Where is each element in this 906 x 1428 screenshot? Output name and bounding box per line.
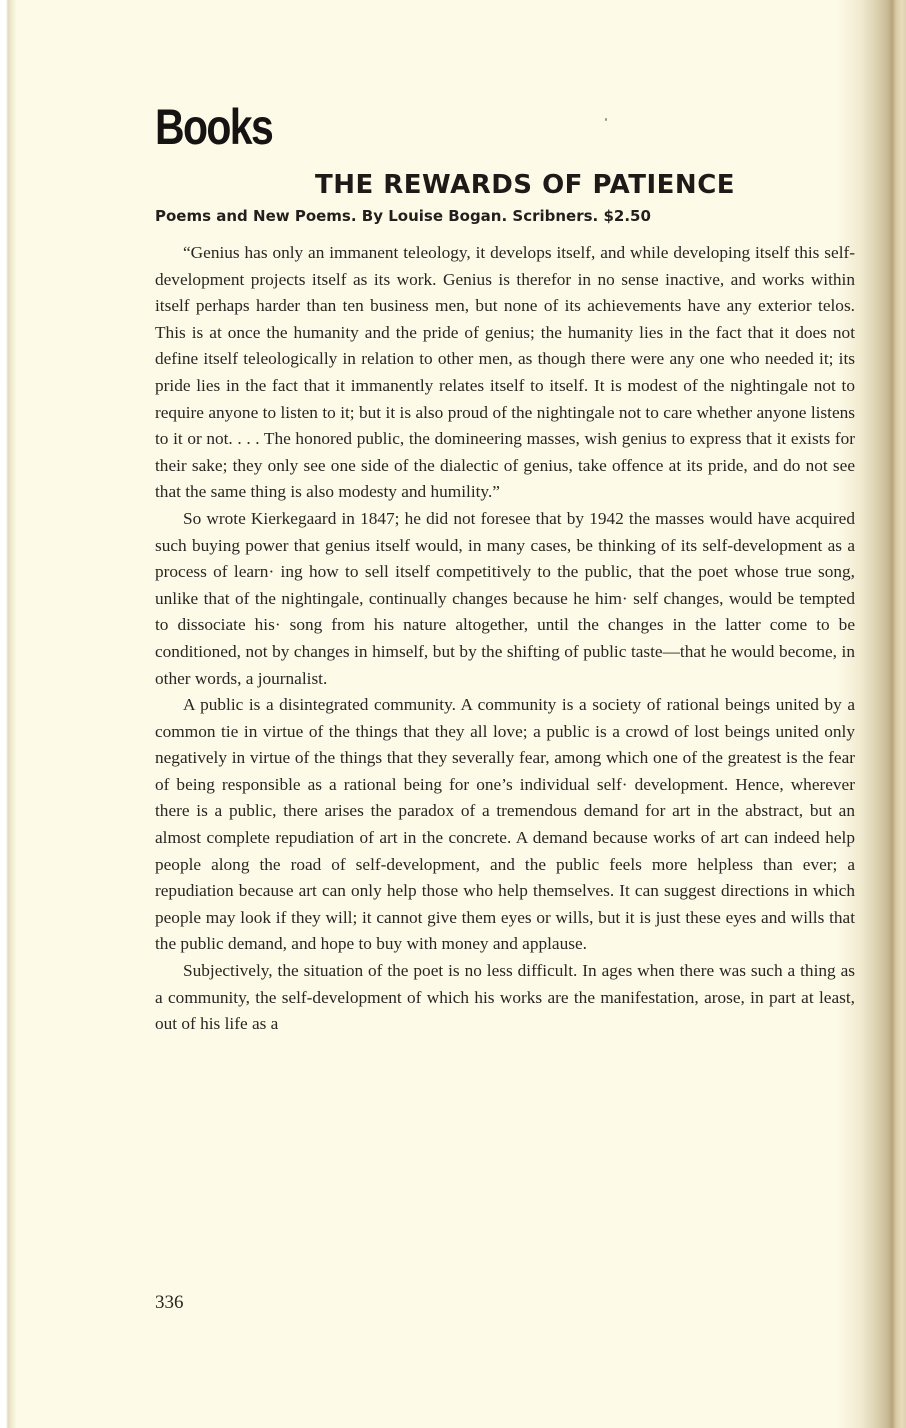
page-left-edge	[0, 0, 16, 1428]
paragraph: So wrote Kierkegaard in 1847; he did not…	[155, 506, 855, 692]
paragraph: A public is a disintegrated community. A…	[155, 692, 855, 958]
article-title: THE REWARDS OF PATIENCE	[195, 170, 855, 200]
page-number: 336	[155, 1292, 184, 1314]
book-page: Books THE REWARDS OF PATIENCE Poems and …	[155, 100, 855, 1038]
book-info-line: Poems and New Poems. By Louise Bogan. Sc…	[155, 206, 855, 226]
article-body: “Genius has only an immanent teleology, …	[155, 240, 855, 1038]
paragraph: Subjectively, the situation of the poet …	[155, 958, 855, 1038]
section-title: Books	[155, 100, 729, 154]
paragraph-quote: “Genius has only an immanent teleology, …	[155, 240, 855, 506]
